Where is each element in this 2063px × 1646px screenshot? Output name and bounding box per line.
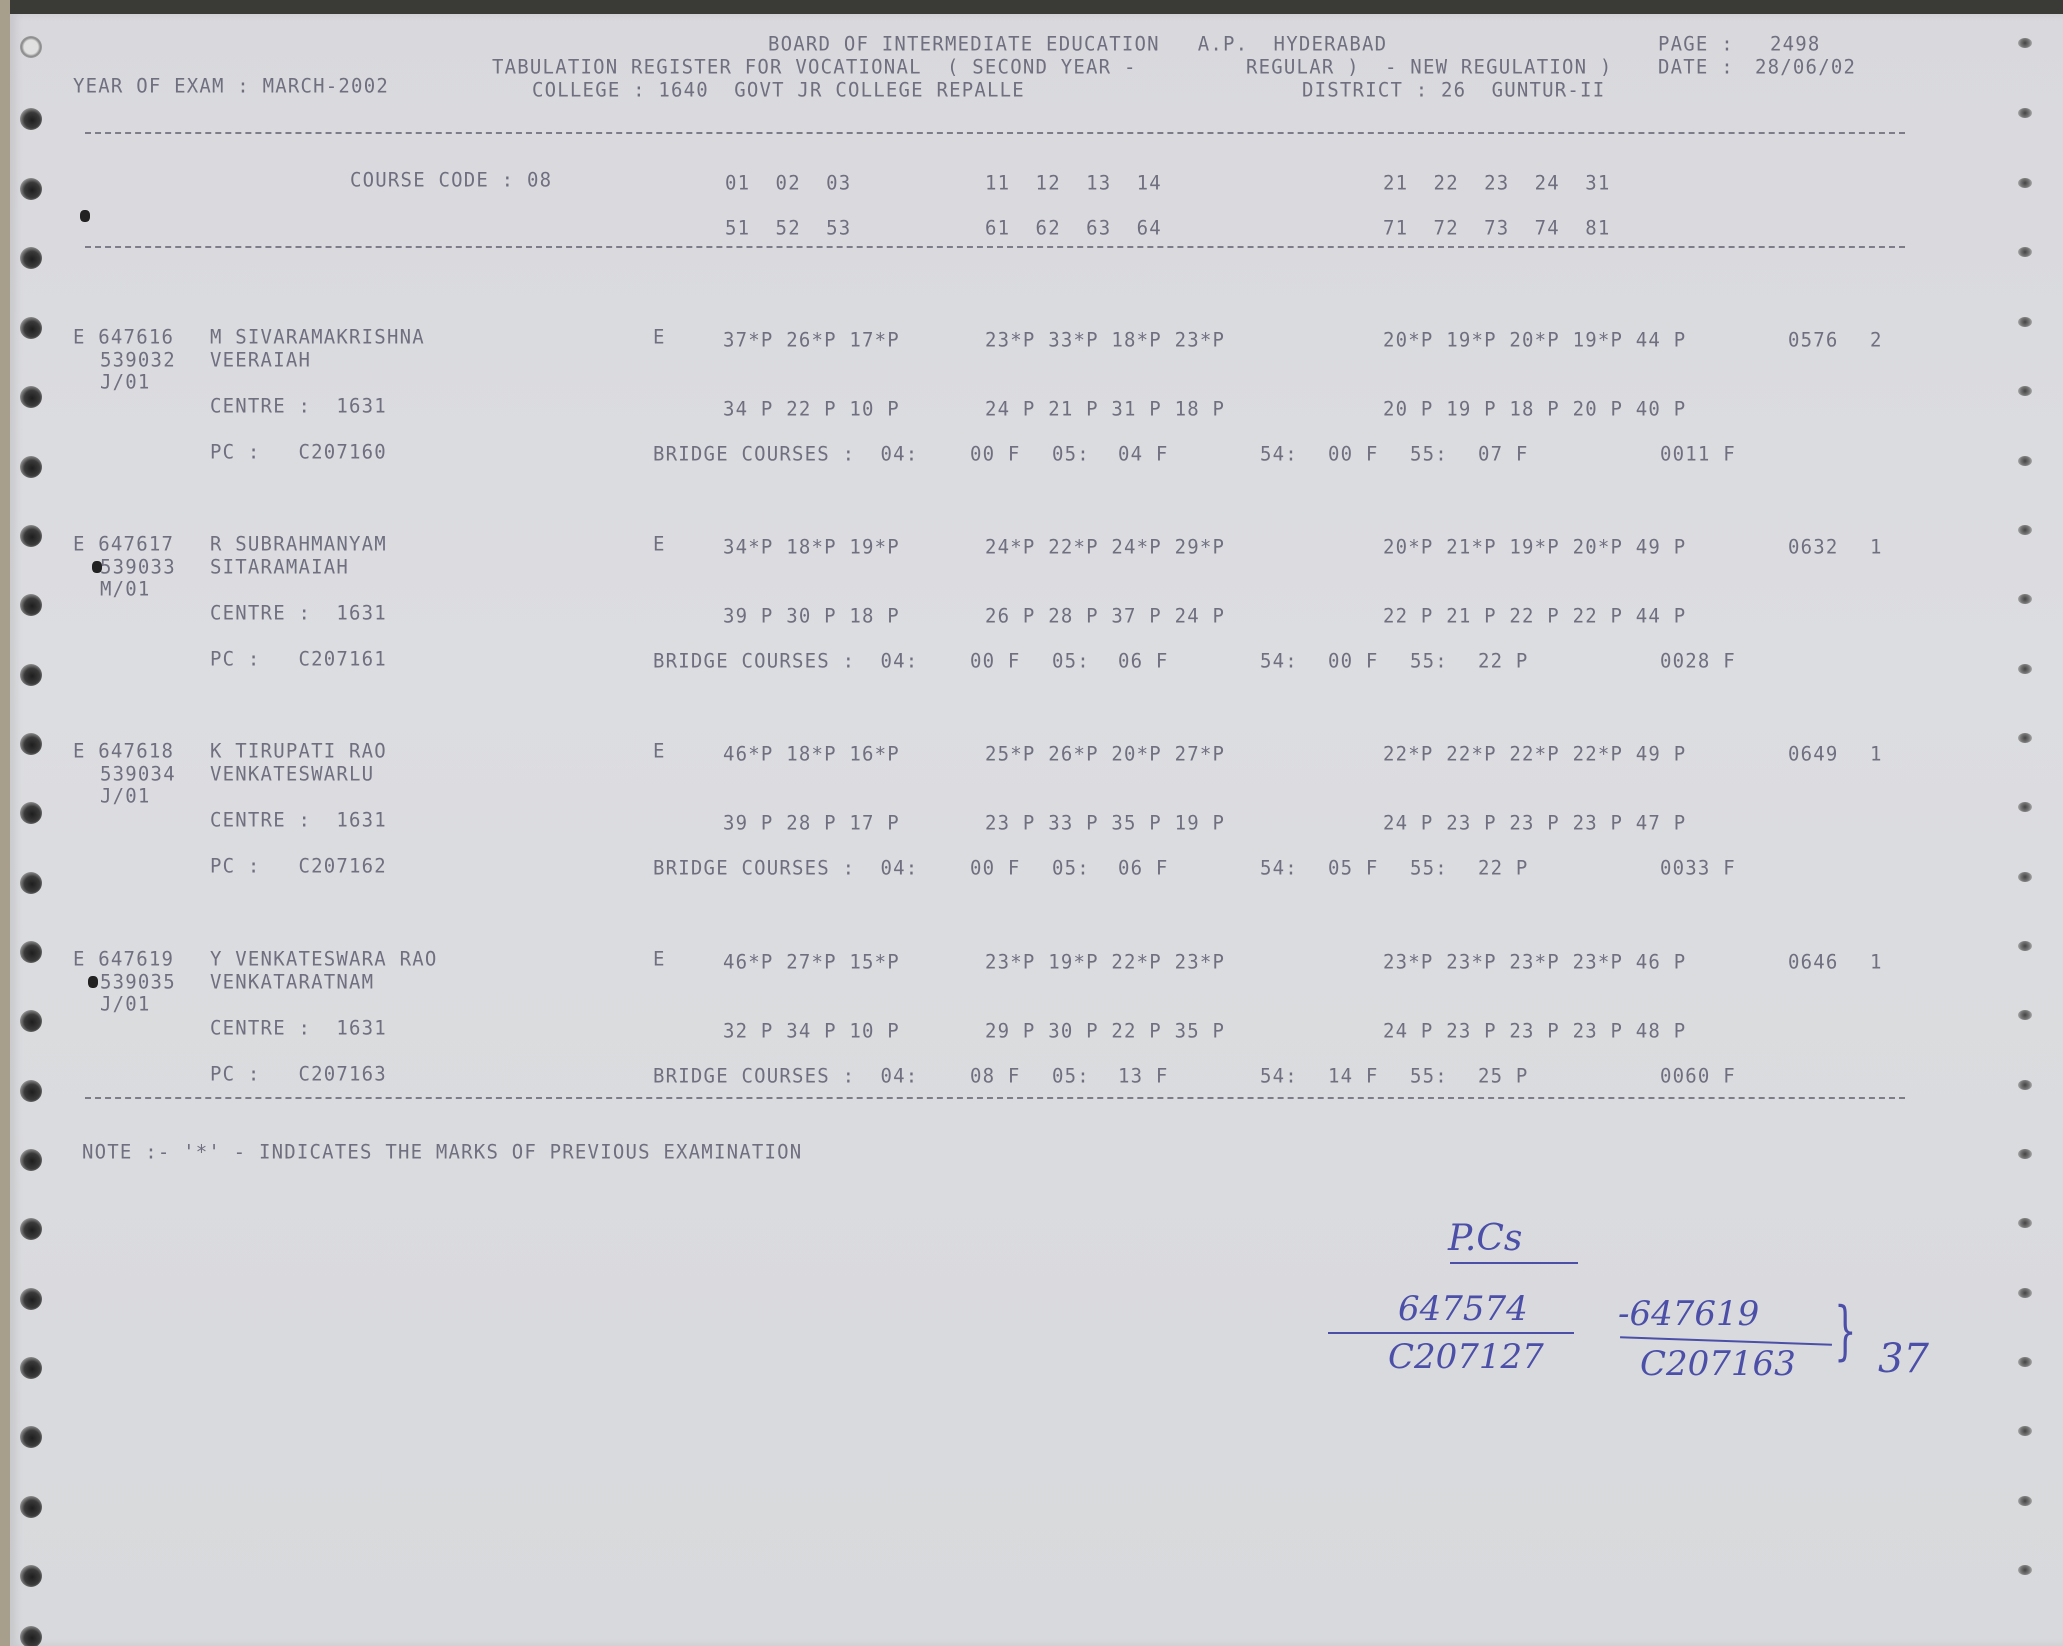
marks-row2-group2: 29 P 30 P 22 P 35 P	[985, 1019, 1225, 1042]
marks-row2-group1: 32 P 34 P 10 P	[723, 1019, 900, 1042]
handwritten-from-number: 647574	[1398, 1289, 1528, 1329]
student-record: E 647619 Y VENKATESWARA RAO 539035 VENKA…	[10, 636, 2063, 936]
bridge-55-label: 55:	[1410, 1064, 1448, 1087]
pc-number: PC : C207163	[210, 1062, 387, 1085]
bridge-55: 25 P	[1478, 1064, 1529, 1087]
fraction-line-left	[1328, 1332, 1574, 1334]
bridge-courses-label: BRIDGE COURSES : 04:	[653, 1064, 918, 1087]
brace-icon: }	[1834, 1294, 1856, 1368]
marks-row1-group3: 23*P 23*P 23*P 23*P 46 P	[1383, 950, 1686, 973]
bridge-54-label: 54:	[1260, 1064, 1298, 1087]
ink-smudge	[88, 976, 98, 988]
centre: CENTRE : 1631	[210, 1016, 387, 1039]
hall-ticket: E 647619	[73, 947, 174, 970]
heading-underline	[1450, 1262, 1578, 1264]
records-end-divider	[85, 1097, 1905, 1099]
tabulation-register-page: BOARD OF INTERMEDIATE EDUCATION A.P. HYD…	[10, 14, 2063, 1646]
bridge-04: 08 F	[970, 1064, 1021, 1087]
division: 1	[1870, 950, 1883, 973]
handwritten-to-number: -647619	[1618, 1294, 1759, 1334]
footnote: NOTE :- '*' - INDICATES THE MARKS OF PRE…	[82, 1140, 802, 1163]
marks-row1-group1: 46*P 27*P 15*P	[723, 950, 900, 973]
marks-row1-group2: 23*P 19*P 22*P 23*P	[985, 950, 1225, 973]
bridge-54: 14 F	[1328, 1064, 1379, 1087]
handwritten-count: 37	[1878, 1336, 1929, 1382]
handwritten-to-pc: C207163	[1640, 1344, 1796, 1384]
grand-total: 0646	[1788, 950, 1839, 973]
handwritten-from-pc: C207127	[1388, 1337, 1544, 1377]
photo-left-edge	[0, 0, 10, 1646]
student-name: Y VENKATESWARA RAO	[210, 947, 438, 970]
group-code: J/01	[100, 992, 151, 1015]
photo-top-edge	[0, 0, 2063, 14]
registration-number: 539035	[100, 970, 176, 993]
medium: E	[653, 947, 666, 970]
bridge-total: 0060 F	[1660, 1064, 1736, 1087]
marks-row2-group3: 24 P 23 P 23 P 23 P 48 P	[1383, 1019, 1686, 1042]
father-name: VENKATARATNAM	[210, 970, 374, 993]
bridge-05: 13 F	[1118, 1064, 1169, 1087]
handwritten-heading: P.Cs	[1448, 1218, 1522, 1259]
bridge-05-label: 05:	[1052, 1064, 1090, 1087]
